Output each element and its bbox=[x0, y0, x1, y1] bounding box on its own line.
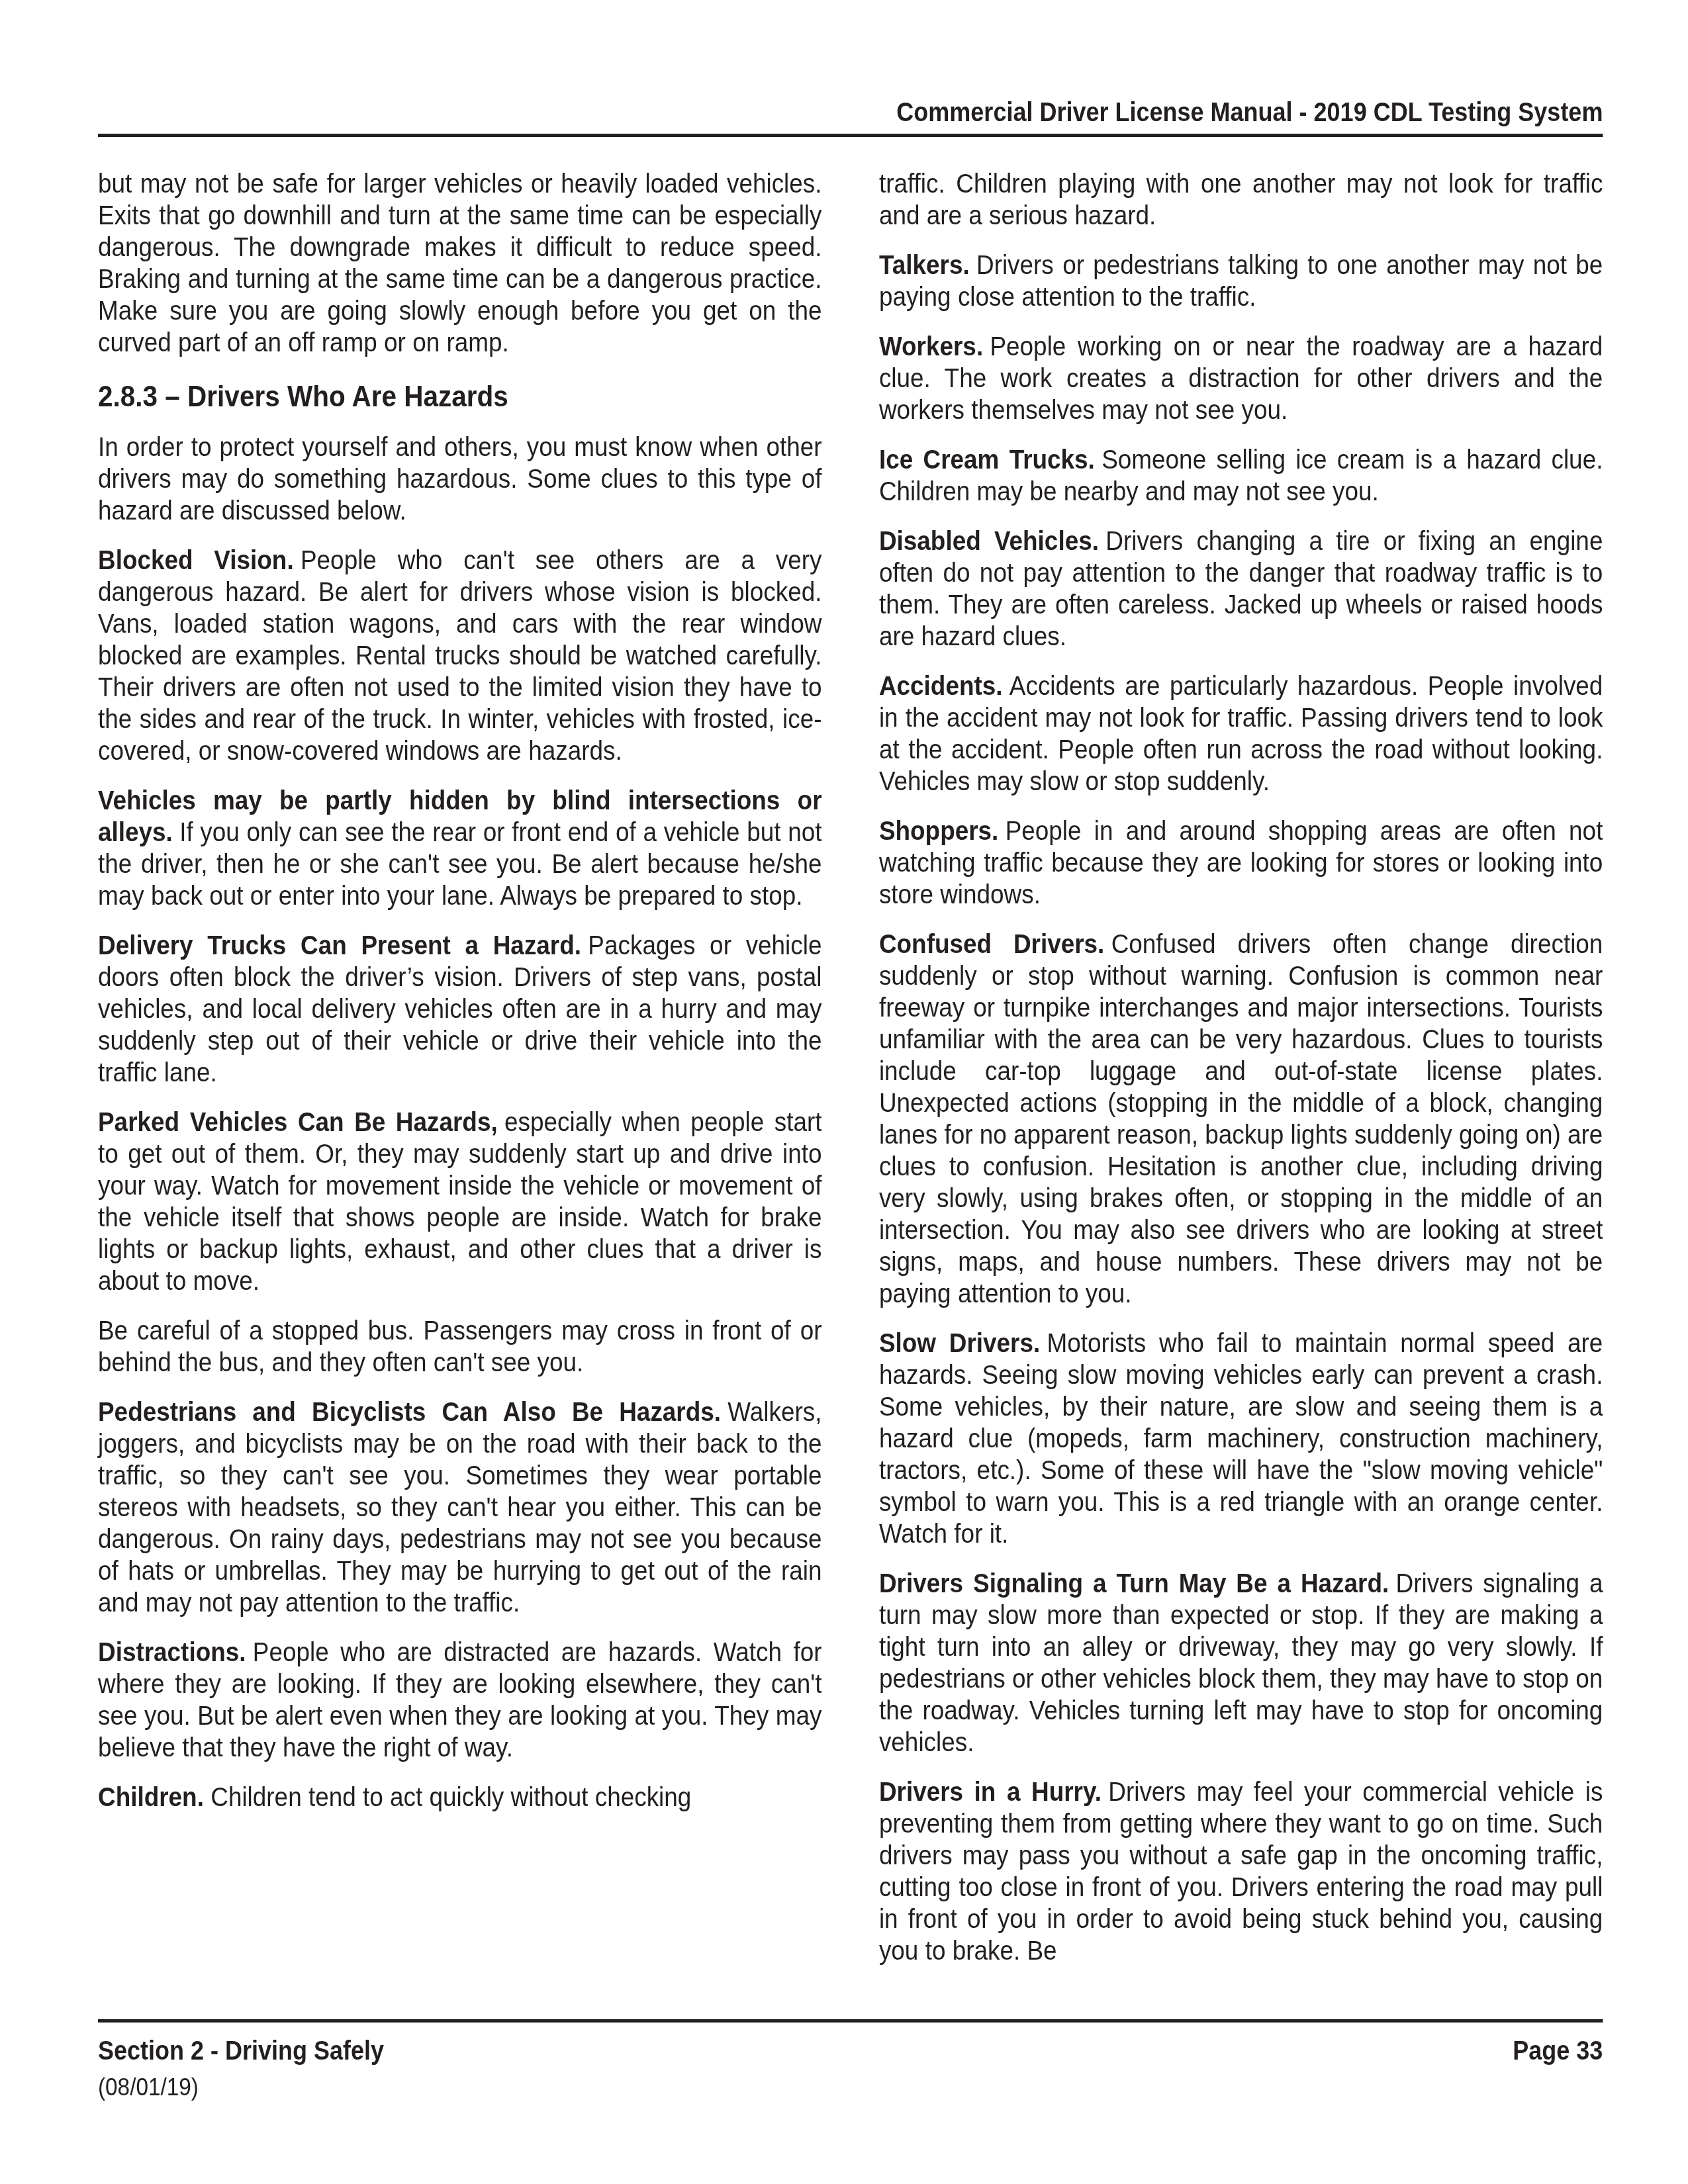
paragraph: Parked Vehicles Can Be Hazards,especiall… bbox=[98, 1106, 822, 1297]
paragraph-lead: Shoppers. bbox=[879, 815, 998, 846]
paragraph: Delivery Trucks Can Present a Hazard.Pac… bbox=[98, 929, 822, 1088]
paragraph: Disabled Vehicles.Drivers changing a tir… bbox=[879, 525, 1603, 652]
paragraph-lead: Disabled Vehicles. bbox=[879, 525, 1099, 556]
paragraph-text: Motorists who fail to maintain normal sp… bbox=[879, 1328, 1603, 1549]
paragraph-text: Walkers, joggers, and bicyclists may be … bbox=[98, 1396, 822, 1617]
paragraph-lead: Accidents. bbox=[879, 670, 1003, 701]
paragraph-lead: Drivers in a Hurry. bbox=[879, 1776, 1102, 1807]
manual-page: Commercial Driver License Manual - 2019 … bbox=[0, 0, 1688, 2184]
paragraph-lead: Children. bbox=[98, 1782, 204, 1812]
paragraph-lead: Distractions. bbox=[98, 1637, 246, 1667]
footer-section-label: Section 2 - Driving Safely bbox=[98, 2036, 384, 2066]
paragraph-lead: Talkers. bbox=[879, 250, 970, 280]
paragraph-text: Be careful of a stopped bus. Passengers … bbox=[98, 1315, 822, 1377]
paragraph: Slow Drivers.Motorists who fail to maint… bbox=[879, 1327, 1603, 1549]
paragraph-text: People who can't see others are a very d… bbox=[98, 545, 822, 766]
paragraph-lead: Workers. bbox=[879, 331, 983, 361]
header-rule bbox=[98, 134, 1603, 137]
paragraph: Distractions.People who are distracted a… bbox=[98, 1636, 822, 1763]
footer-date: (08/01/19) bbox=[98, 2073, 199, 2101]
paragraph: traffic. Children playing with one anoth… bbox=[879, 167, 1603, 231]
paragraph-text: Children tend to act quickly without che… bbox=[211, 1782, 691, 1812]
paragraph-text: Confused drivers often change direction … bbox=[879, 929, 1603, 1308]
paragraph: Shoppers.People in and around shopping a… bbox=[879, 815, 1603, 910]
paragraph: Drivers Signaling a Turn May Be a Hazard… bbox=[879, 1567, 1603, 1758]
section-heading: 2.8.3 – Drivers Who Are Hazards bbox=[98, 379, 822, 414]
paragraph-lead: Confused Drivers. bbox=[879, 929, 1104, 959]
footer-rule bbox=[98, 2019, 1603, 2023]
paragraph: Children.Children tend to act quickly wi… bbox=[98, 1781, 822, 1813]
paragraph-lead: Slow Drivers. bbox=[879, 1328, 1040, 1358]
left-column: but may not be safe for larger vehicles … bbox=[98, 167, 822, 1966]
paragraph-lead: Pedestrians and Bicyclists Can Also Be H… bbox=[98, 1396, 721, 1427]
paragraph-lead: Delivery Trucks Can Present a Hazard. bbox=[98, 930, 581, 960]
paragraph-lead: Ice Cream Trucks. bbox=[879, 444, 1095, 475]
paragraph: Confused Drivers.Confused drivers often … bbox=[879, 928, 1603, 1309]
header-title: Commercial Driver License Manual - 2019 … bbox=[896, 98, 1603, 128]
paragraph: Ice Cream Trucks.Someone selling ice cre… bbox=[879, 443, 1603, 507]
paragraph-text: In order to protect yourself and others,… bbox=[98, 432, 822, 525]
right-column: traffic. Children playing with one anoth… bbox=[879, 167, 1603, 1966]
footer-page-number: Page 33 bbox=[1513, 2036, 1603, 2066]
paragraph-text: People working on or near the roadway ar… bbox=[879, 331, 1603, 425]
two-column-body: but may not be safe for larger vehicles … bbox=[98, 167, 1603, 1966]
paragraph: Drivers in a Hurry.Drivers may feel your… bbox=[879, 1776, 1603, 1966]
paragraph: Be careful of a stopped bus. Passengers … bbox=[98, 1314, 822, 1378]
paragraph-text: Drivers or pedestrians talking to one an… bbox=[879, 250, 1603, 312]
paragraph: Talkers.Drivers or pedestrians talking t… bbox=[879, 249, 1603, 312]
paragraph: Vehicles may be partly hidden by blind i… bbox=[98, 784, 822, 911]
paragraph: Pedestrians and Bicyclists Can Also Be H… bbox=[98, 1396, 822, 1618]
paragraph-text: but may not be safe for larger vehicles … bbox=[98, 168, 822, 357]
paragraph: In order to protect yourself and others,… bbox=[98, 431, 822, 526]
paragraph-text: If you only can see the rear or front en… bbox=[98, 817, 822, 911]
paragraph: Accidents.Accidents are particularly haz… bbox=[879, 670, 1603, 797]
paragraph-lead: Parked Vehicles Can Be Hazards, bbox=[98, 1107, 498, 1137]
page-content: Commercial Driver License Manual - 2019 … bbox=[98, 0, 1603, 2184]
paragraph-lead: Blocked Vision. bbox=[98, 545, 294, 575]
paragraph: but may not be safe for larger vehicles … bbox=[98, 167, 822, 358]
paragraph: Blocked Vision.People who can't see othe… bbox=[98, 544, 822, 766]
paragraph-lead: Drivers Signaling a Turn May Be a Hazard… bbox=[879, 1568, 1389, 1598]
paragraph: Workers.People working on or near the ro… bbox=[879, 330, 1603, 426]
paragraph-text: traffic. Children playing with one anoth… bbox=[879, 168, 1603, 230]
